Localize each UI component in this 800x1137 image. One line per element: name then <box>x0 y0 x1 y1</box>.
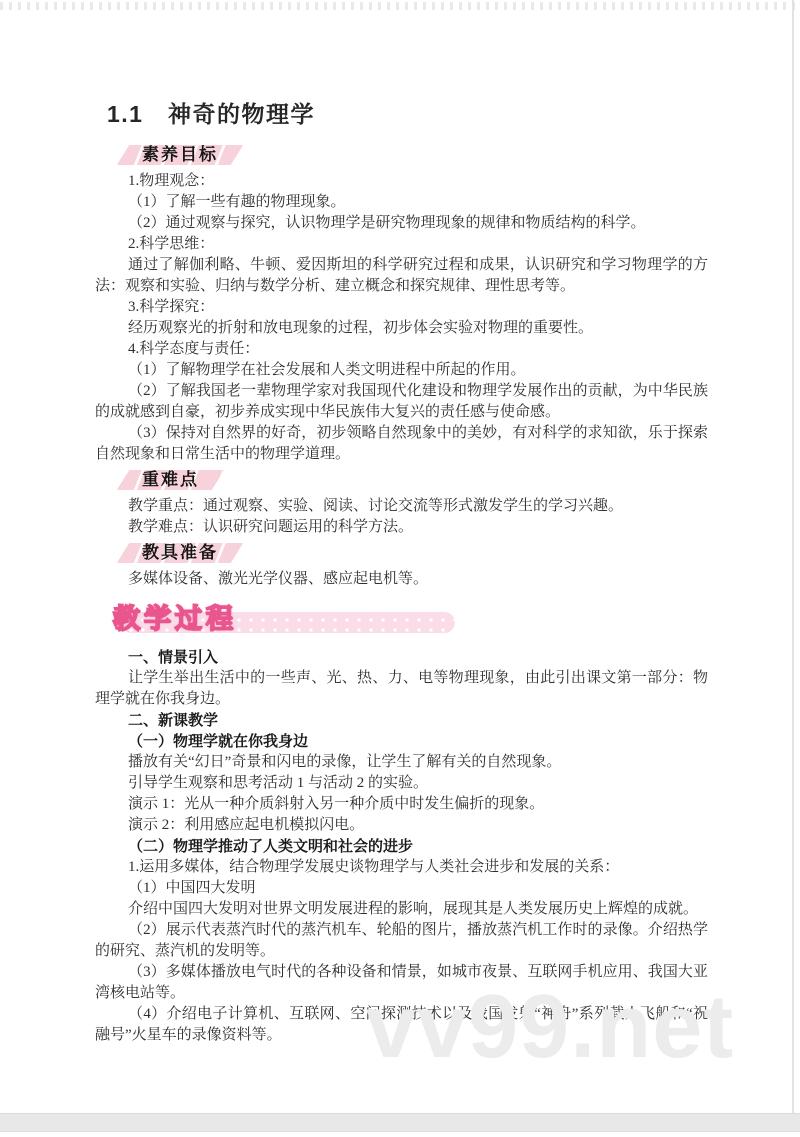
paragraph: 4.科学态度与责任： <box>95 339 708 360</box>
section-badge: 重难点 <box>128 469 213 491</box>
content-area: 素养目标1.物理观念：（1）了解一些有趣的物理现象。（2）通过观察与探究，认识物… <box>95 140 708 1046</box>
paragraph: 多媒体设备、激光光学仪器、感应起电机等。 <box>95 569 708 590</box>
page-right-edge <box>792 0 794 1113</box>
page-top-perforation <box>0 2 800 10</box>
paragraph: 2.科学思维： <box>95 234 708 255</box>
subheading: （一）物理学就在你我身边 <box>95 731 708 752</box>
subheading: 一、情景引入 <box>95 647 708 668</box>
paragraph: 经历观察光的折射和放电现象的过程，初步体会实验对物理的重要性。 <box>95 318 708 339</box>
paragraph: 让学生举出生活中的一些声、光、热、力、电等物理现象，由此引出课文第一部分：物理学… <box>95 668 708 710</box>
paragraph: 教学重点：通过观察、实验、阅读、讨论交流等形式激发学生的学习兴趣。 <box>95 496 708 517</box>
section-badge-row: 教具准备 <box>128 542 708 564</box>
paragraph: （2）通过观察与探究，认识物理学是研究物理现象的规律和物质结构的科学。 <box>95 213 708 234</box>
paragraph: 3.科学探究： <box>95 297 708 318</box>
section-badge-row: 重难点 <box>128 469 708 491</box>
paragraph: 1.物理观念： <box>95 171 708 192</box>
section-badge: 教具准备 <box>128 542 232 564</box>
document-page: { "page": { "title": "1.1 神奇的物理学", "wate… <box>0 0 800 1137</box>
paragraph: （1）了解物理学在社会发展和人类文明进程中所起的作用。 <box>95 360 708 381</box>
process-header-row: 教学过程 <box>113 599 708 641</box>
paragraph: 教学难点：认识研究问题运用的科学方法。 <box>95 517 708 538</box>
process-header: 教学过程 <box>113 599 237 639</box>
paragraph: 演示 1：光从一种介质斜射入另一种介质中时发生偏折的现象。 <box>95 794 708 815</box>
paragraph: （3）保持对自然界的好奇，初步领略自然现象中的美妙，有对科学的求知欲，乐于探索自… <box>95 423 708 465</box>
page-bottom-gap <box>0 1113 800 1132</box>
paragraph: （2）了解我国老一辈物理学家对我国现代化建设和物理学发展作出的贡献，为中华民族的… <box>95 381 708 423</box>
paragraph: 引导学生观察和思考活动 1 与活动 2 的实验。 <box>95 773 708 794</box>
paragraph: 介绍中国四大发明对世界文明发展进程的影响，展现其是人类发展历史上辉煌的成就。 <box>95 899 708 920</box>
paragraph: （2）展示代表蒸汽时代的蒸汽机车、轮船的图片，播放蒸汽机工作时的录像。介绍热学的… <box>95 920 708 962</box>
paragraph: 通过了解伽利略、牛顿、爱因斯坦的科学研究过程和成果，认识研究和学习物理学的方法：… <box>95 255 708 297</box>
subheading: 二、新课教学 <box>95 710 708 731</box>
paragraph: （3）多媒体播放电气时代的各种设备和情景，如城市夜景、互联网手机应用、我国大亚湾… <box>95 962 708 1004</box>
paragraph: （4）介绍电子计算机、互联网、空间探测技术以及我国发射“神舟”系列载人飞船和“祝… <box>95 1004 708 1046</box>
page-title: 1.1 神奇的物理学 <box>107 96 315 129</box>
section-badge-row: 素养目标 <box>128 144 708 166</box>
paragraph: 播放有关“幻日”奇景和闪电的录像，让学生了解有关的自然现象。 <box>95 752 708 773</box>
paragraph: （1）了解一些有趣的物理现象。 <box>95 192 708 213</box>
paragraph: 1.运用多媒体，结合物理学发展史谈物理学与人类社会进步和发展的关系： <box>95 857 708 878</box>
paragraph: （1）中国四大发明 <box>95 878 708 899</box>
subheading: （二）物理学推动了人类文明和社会的进步 <box>95 836 708 857</box>
paragraph: 演示 2：利用感应起电机模拟闪电。 <box>95 815 708 836</box>
section-badge: 素养目标 <box>128 144 232 166</box>
